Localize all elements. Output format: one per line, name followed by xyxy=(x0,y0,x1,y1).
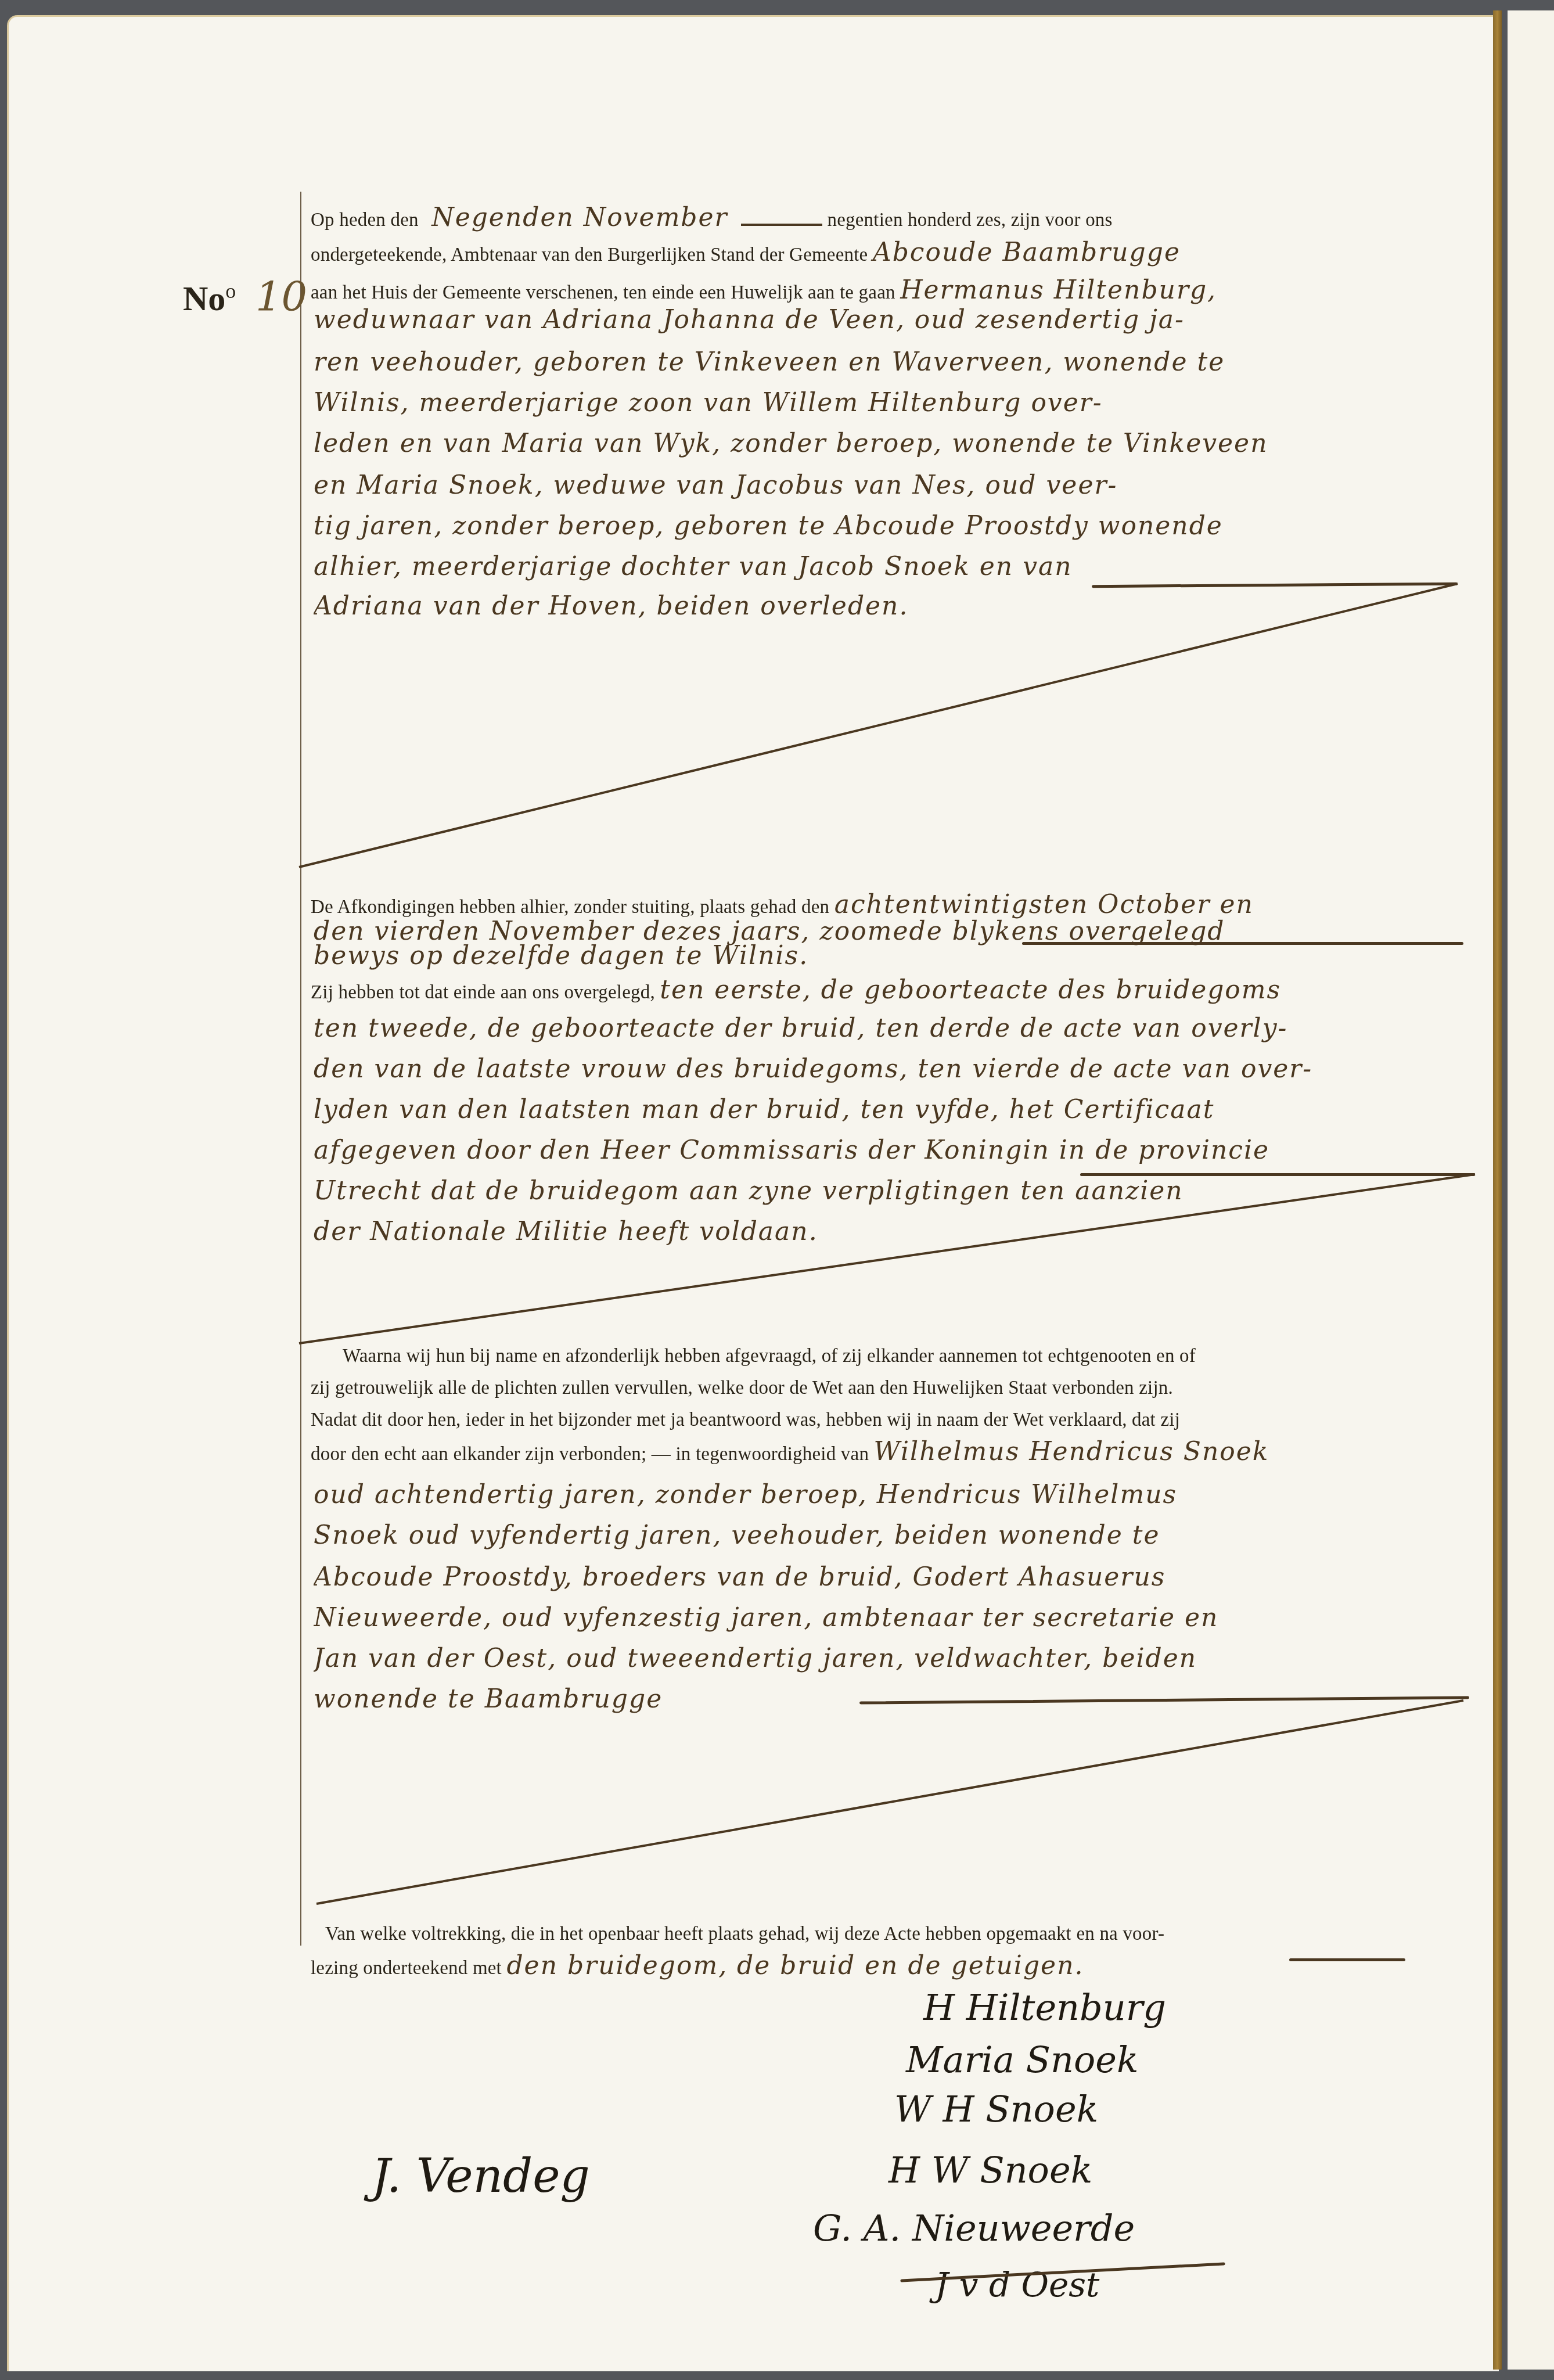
signature-official: J. Vendeg xyxy=(372,2149,590,2203)
signature-witness-1: W H Snoek xyxy=(894,2088,1098,2130)
diagonal-strike-lines xyxy=(0,0,1554,2380)
signature-bride: Maria Snoek xyxy=(906,2039,1139,2081)
signature-groom: H Hiltenburg xyxy=(923,1986,1166,2029)
signature-witness-2: H W Snoek xyxy=(888,2149,1092,2191)
signature-witness-3: G. A. Nieuweerde xyxy=(813,2207,1135,2249)
